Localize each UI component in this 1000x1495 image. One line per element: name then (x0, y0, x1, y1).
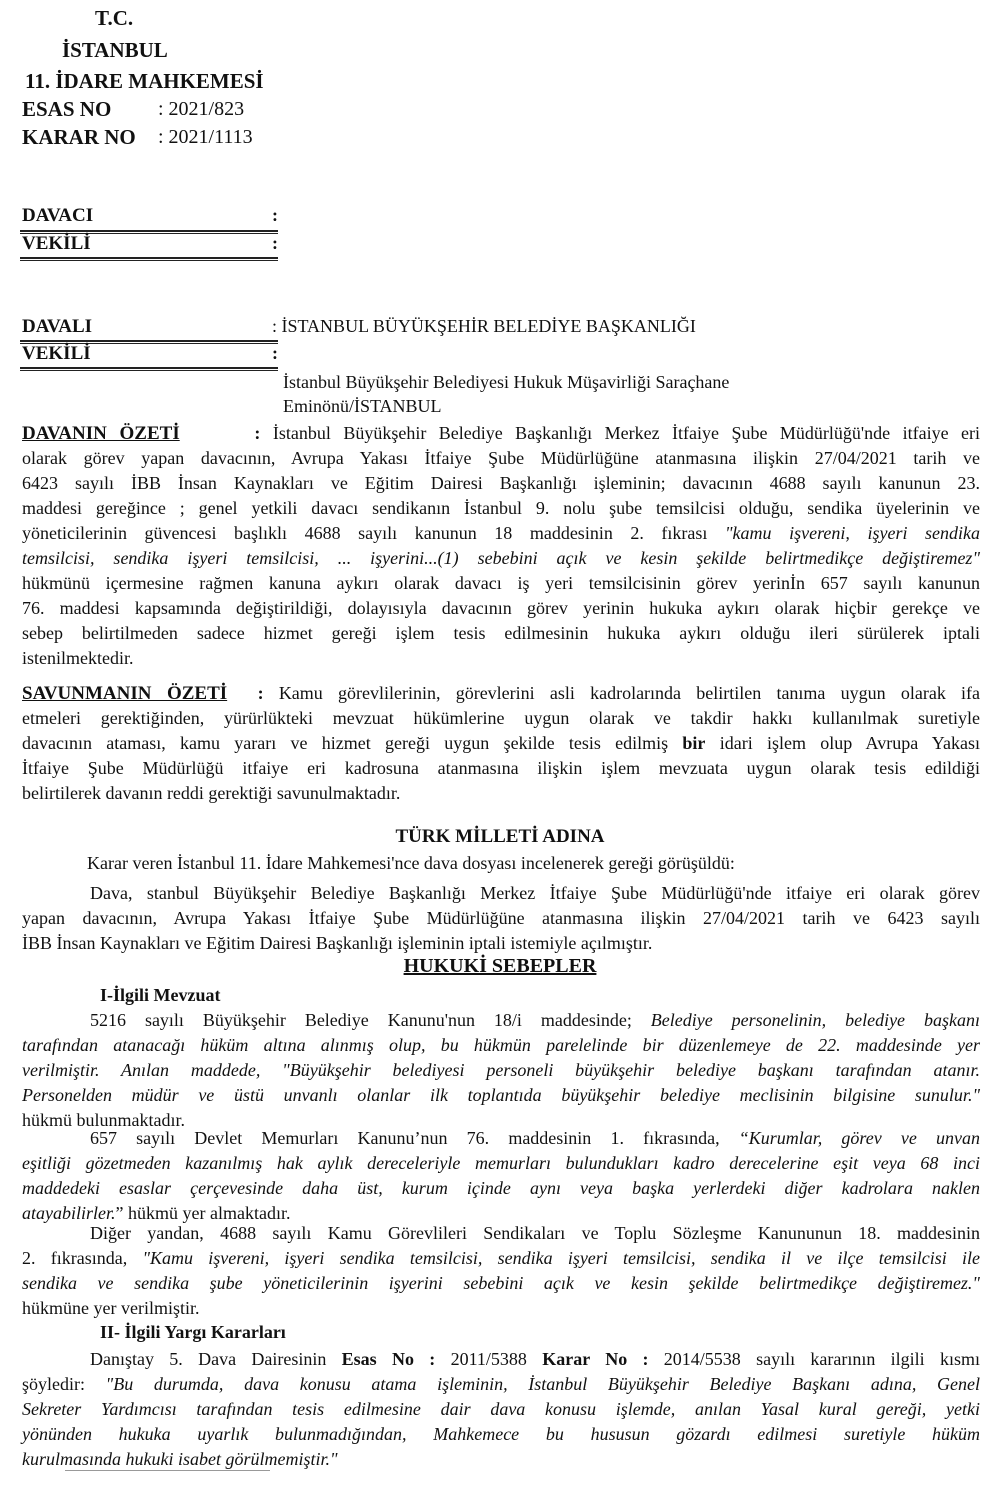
davanin-ozeti-label: DAVANIN ÖZETİ (22, 423, 180, 444)
esas-label: ESAS NO (22, 97, 111, 122)
address-line2: Eminönü/İSTANBUL (283, 396, 442, 417)
mevzuat-p2: 657 sayılı Devlet Memurları Kanunu’nun 7… (22, 1126, 980, 1226)
hukuki-title: HUKUKİ SEBEPLER (0, 955, 1000, 978)
address-line1: İstanbul Büyükşehir Belediyesi Hukuk Müş… (283, 372, 729, 393)
header-country: T.C. (95, 6, 133, 31)
mevzuat-p3: Diğer yandan, 4688 sayılı Kamu Görevlile… (22, 1221, 980, 1321)
mevzuat-title: I-İlgili Mevzuat (100, 985, 220, 1006)
davali-vekili-rule (20, 367, 278, 371)
karar-intro: Karar veren İstanbul 11. İdare Mahkemesi… (87, 853, 735, 874)
davaci-colon: : (272, 205, 278, 226)
savunmanin-ozeti: SAVUNMANIN ÖZETİ : Kamu görevlilerinin, … (22, 681, 980, 806)
yargi-p1: Danıştay 5. Dava Dairesinin Esas No : 20… (22, 1347, 980, 1472)
davali-vekili-colon: : (272, 343, 278, 364)
davaci-vekili-label: VEKİLİ (22, 233, 91, 255)
savunmanin-ozeti-label: SAVUNMANIN ÖZETİ (22, 683, 227, 704)
davaci-label: DAVACI (22, 205, 93, 227)
header-court: 11. İDARE MAHKEMESİ (25, 69, 264, 94)
karar-label: KARAR NO (22, 125, 136, 150)
davaci-vekili-colon: : (272, 233, 278, 254)
karar-value: : 2021/1113 (158, 126, 253, 149)
esas-value: : 2021/823 (158, 98, 244, 121)
karar-title: TÜRK MİLLETİ ADINA (0, 826, 1000, 848)
davali-label: DAVALI (22, 316, 92, 338)
footnote-rule (65, 1470, 270, 1471)
karar-dava: Dava, stanbul Büyükşehir Belediye Başkan… (22, 881, 980, 956)
davali-value: : İSTANBUL BÜYÜKŞEHİR BELEDİYE BAŞKANLIĞ… (272, 316, 696, 337)
mevzuat-p1: 5216 sayılı Büyükşehir Belediye Kanunu'n… (22, 1008, 980, 1133)
yargi-title: II- İlgili Yargı Kararları (100, 1322, 286, 1343)
davaci-vekili-rule (20, 257, 278, 261)
davali-vekili-label: VEKİLİ (22, 343, 91, 365)
header-city: İSTANBUL (62, 38, 168, 63)
davanin-ozeti: DAVANIN ÖZETİ : İstanbul Büyükşehir Bele… (22, 421, 980, 671)
